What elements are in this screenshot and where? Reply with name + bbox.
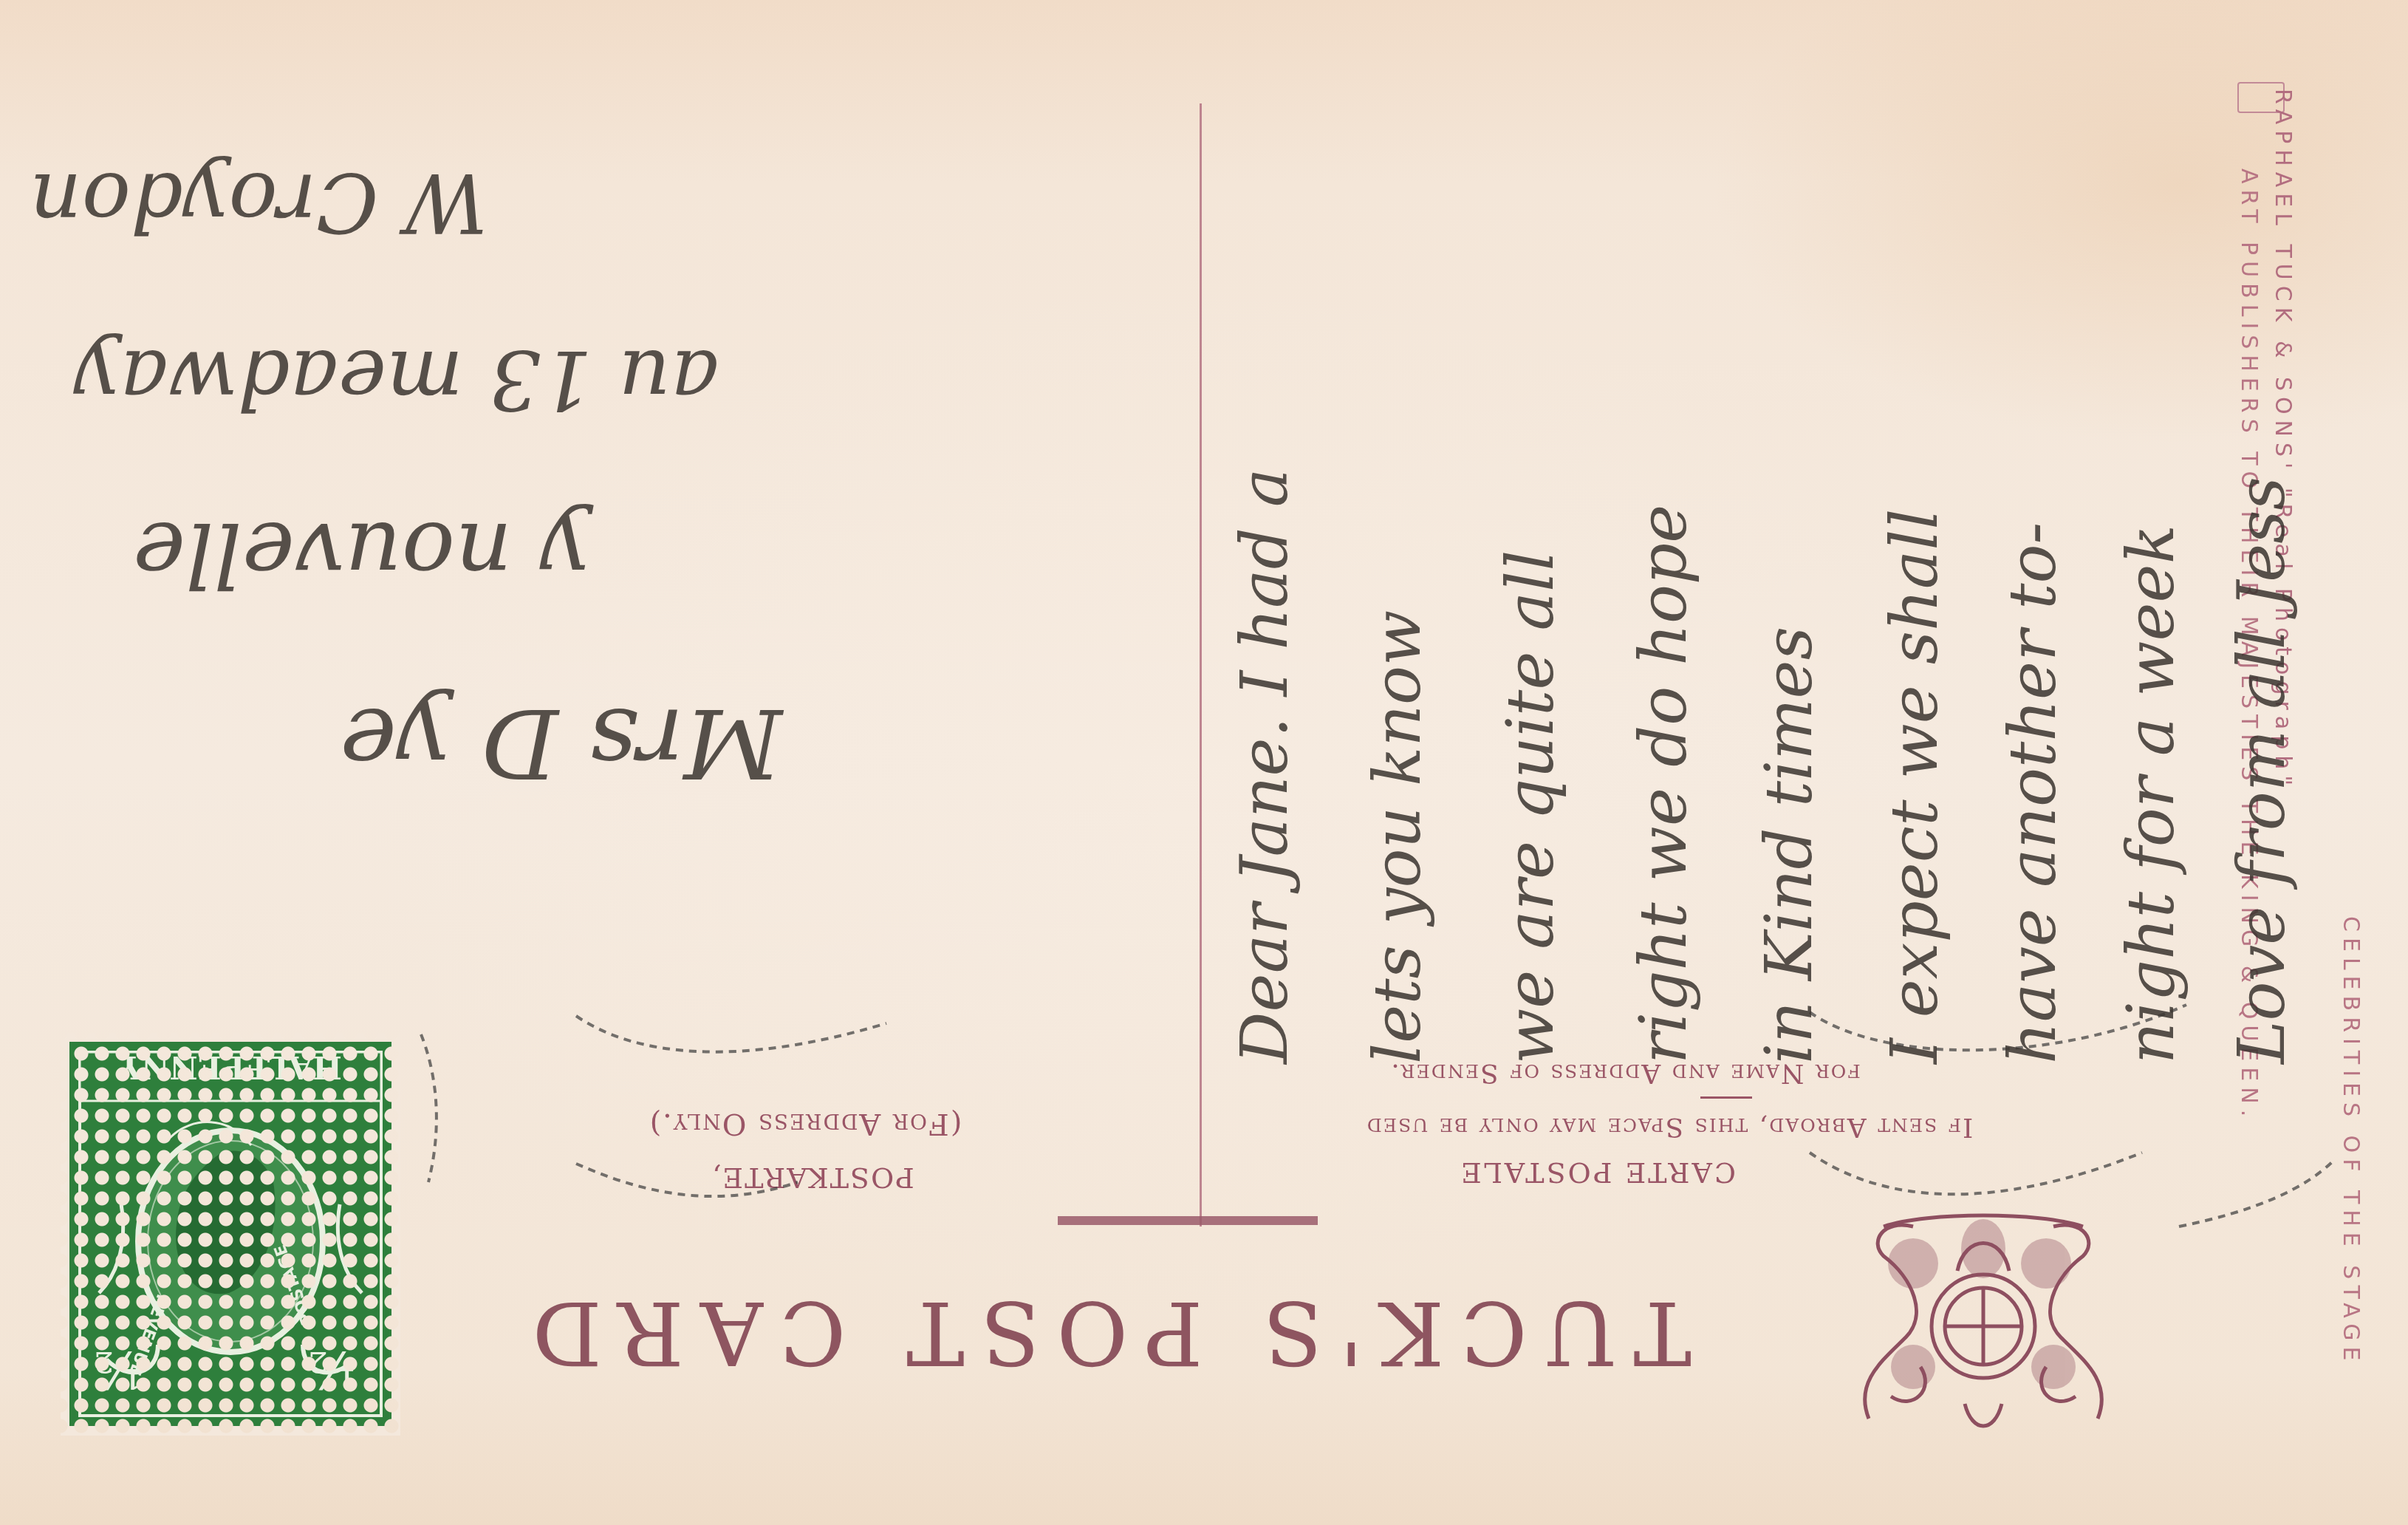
svg-text:REVENUE: REVENUE: [125, 1292, 171, 1378]
message-line-7: have another to-: [1994, 522, 2070, 1064]
message-line-8: night for a week: [2113, 525, 2189, 1064]
abroad-notice-line-1: If sent Abroad, this Space may only be u…: [1211, 1112, 2127, 1142]
message-line-3: we are quite all: [1492, 550, 1568, 1064]
center-divider-line: [1200, 103, 1202, 1227]
stamp-area-rule: [1058, 1216, 1318, 1225]
series-title: CELEBRITIES OF THE STAGE: [2338, 916, 2364, 1367]
address-line-2: y nouvelle: [133, 502, 590, 605]
svg-text:HALFPENNY: HALFPENNY: [118, 1049, 342, 1085]
message-line-1: Dear Jane. I had a: [1226, 468, 1302, 1064]
card-title: TUCK'S POST CARD: [598, 1282, 1692, 1384]
message-line-6: I expect we shall: [1876, 509, 1952, 1064]
king-portrait-icon: HALFPENNY ½ ½ REVENUE POSTAGE: [69, 1042, 391, 1426]
postcard: TUCK'S POST CARD POSTKARTE, (For Address…: [0, 0, 2408, 1525]
message-line-2: lets you know: [1359, 610, 1435, 1064]
postkarte-label: POSTKARTE,: [687, 1161, 938, 1194]
message-line-4: right we do hope: [1625, 505, 1701, 1064]
address-line-4: W Croydon: [30, 155, 488, 250]
name-underline: [1700, 1096, 1752, 1099]
royal-coat-of-arms-icon: [1839, 1197, 2127, 1448]
address-only-label: (For Address Only.): [613, 1107, 997, 1141]
address-line-3: au 13 meadway: [74, 332, 719, 427]
carte-postale-label: CARTE POSTALE: [1470, 1156, 1736, 1189]
postage-stamp: HALFPENNY ½ ½ REVENUE POSTAGE: [61, 1033, 400, 1436]
message-line-9: Love from all Jess: [2223, 477, 2299, 1064]
message-line-5: in Kind times: [1751, 627, 1827, 1064]
svg-text:½: ½: [307, 1340, 358, 1400]
address-line-1: Mrs D ye: [340, 687, 782, 799]
